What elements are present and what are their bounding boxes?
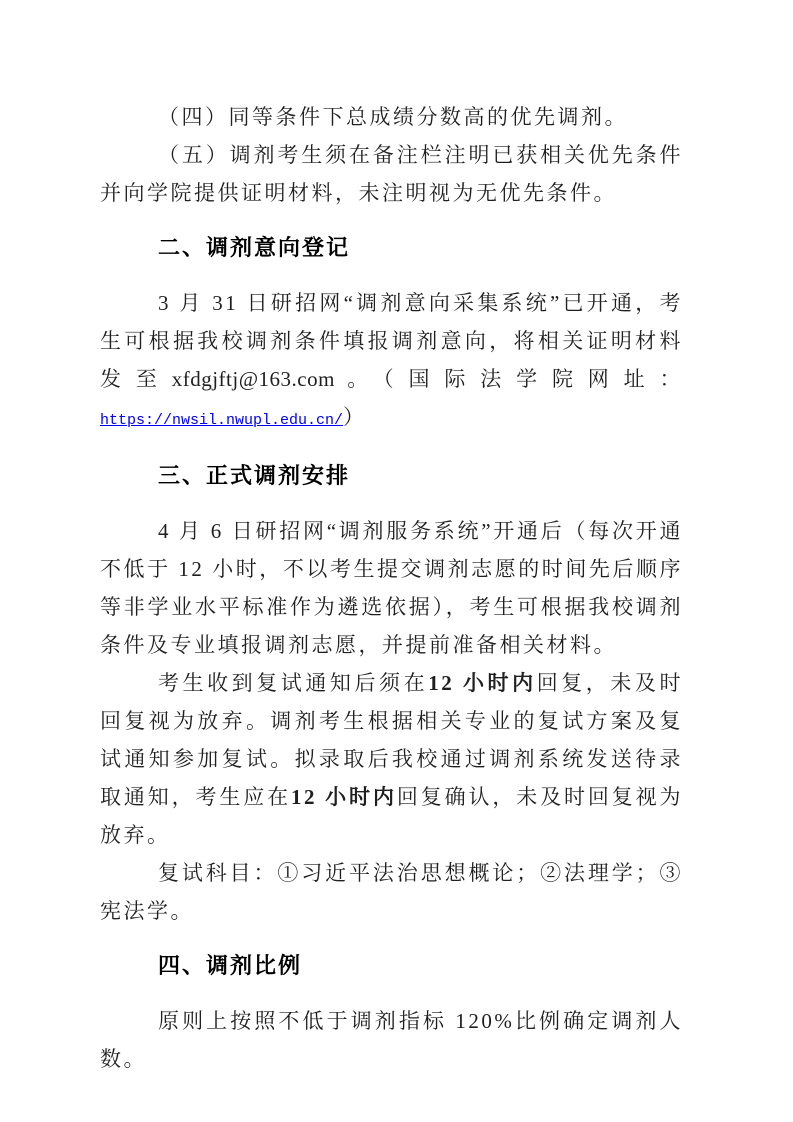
text-run: 。（国际法学院网址： <box>335 367 683 391</box>
heading-section-2-intent-registration: 二、调剂意向登记 <box>100 229 683 267</box>
paragraph-formal-arrangement: 4 月 6 日研招网“调剂服务系统”开通后（每次开通不低于 12 小时，不以考生… <box>100 512 683 664</box>
heading-section-4-transfer-ratio: 四、调剂比例 <box>100 947 683 985</box>
college-website-link[interactable]: https://nwsil.nwupl.edu.cn/ <box>100 412 343 429</box>
text-run: ） <box>343 405 367 429</box>
paragraph-transfer-ratio: 原则上按照不低于调剂指标 120%比例确定调剂人数。 <box>100 1002 683 1078</box>
paragraph-reply-deadline: 考生收到复试通知后须在12 小时内回复，未及时回复视为放弃。调剂考生根据相关专业… <box>100 664 683 854</box>
paragraph-intent-registration: 3 月 31 日研招网“调剂意向采集系统”已开通，考生可根据我校调剂条件填报调剂… <box>100 284 683 440</box>
bold-12-hours-2: 12 小时内 <box>291 785 397 809</box>
bold-12-hours-1: 12 小时内 <box>428 671 537 695</box>
paragraph-priority-rule-4: （四）同等条件下总成绩分数高的优先调剂。 <box>100 98 683 136</box>
paragraph-retest-subjects: 复试科目：①习近平法治思想概论；②法理学；③宪法学。 <box>100 854 683 930</box>
paragraph-priority-rule-5: （五）调剂考生须在备注栏注明已获相关优先条件并向学院提供证明材料，未注明视为无优… <box>100 136 683 212</box>
heading-section-3-formal-arrangement: 三、正式调剂安排 <box>100 457 683 495</box>
email-text: xfdgjftj@163.com <box>172 367 335 391</box>
text-run: 考生收到复试通知后须在 <box>158 671 428 695</box>
document-page: （四）同等条件下总成绩分数高的优先调剂。 （五）调剂考生须在备注栏注明已获相关优… <box>0 0 793 1122</box>
